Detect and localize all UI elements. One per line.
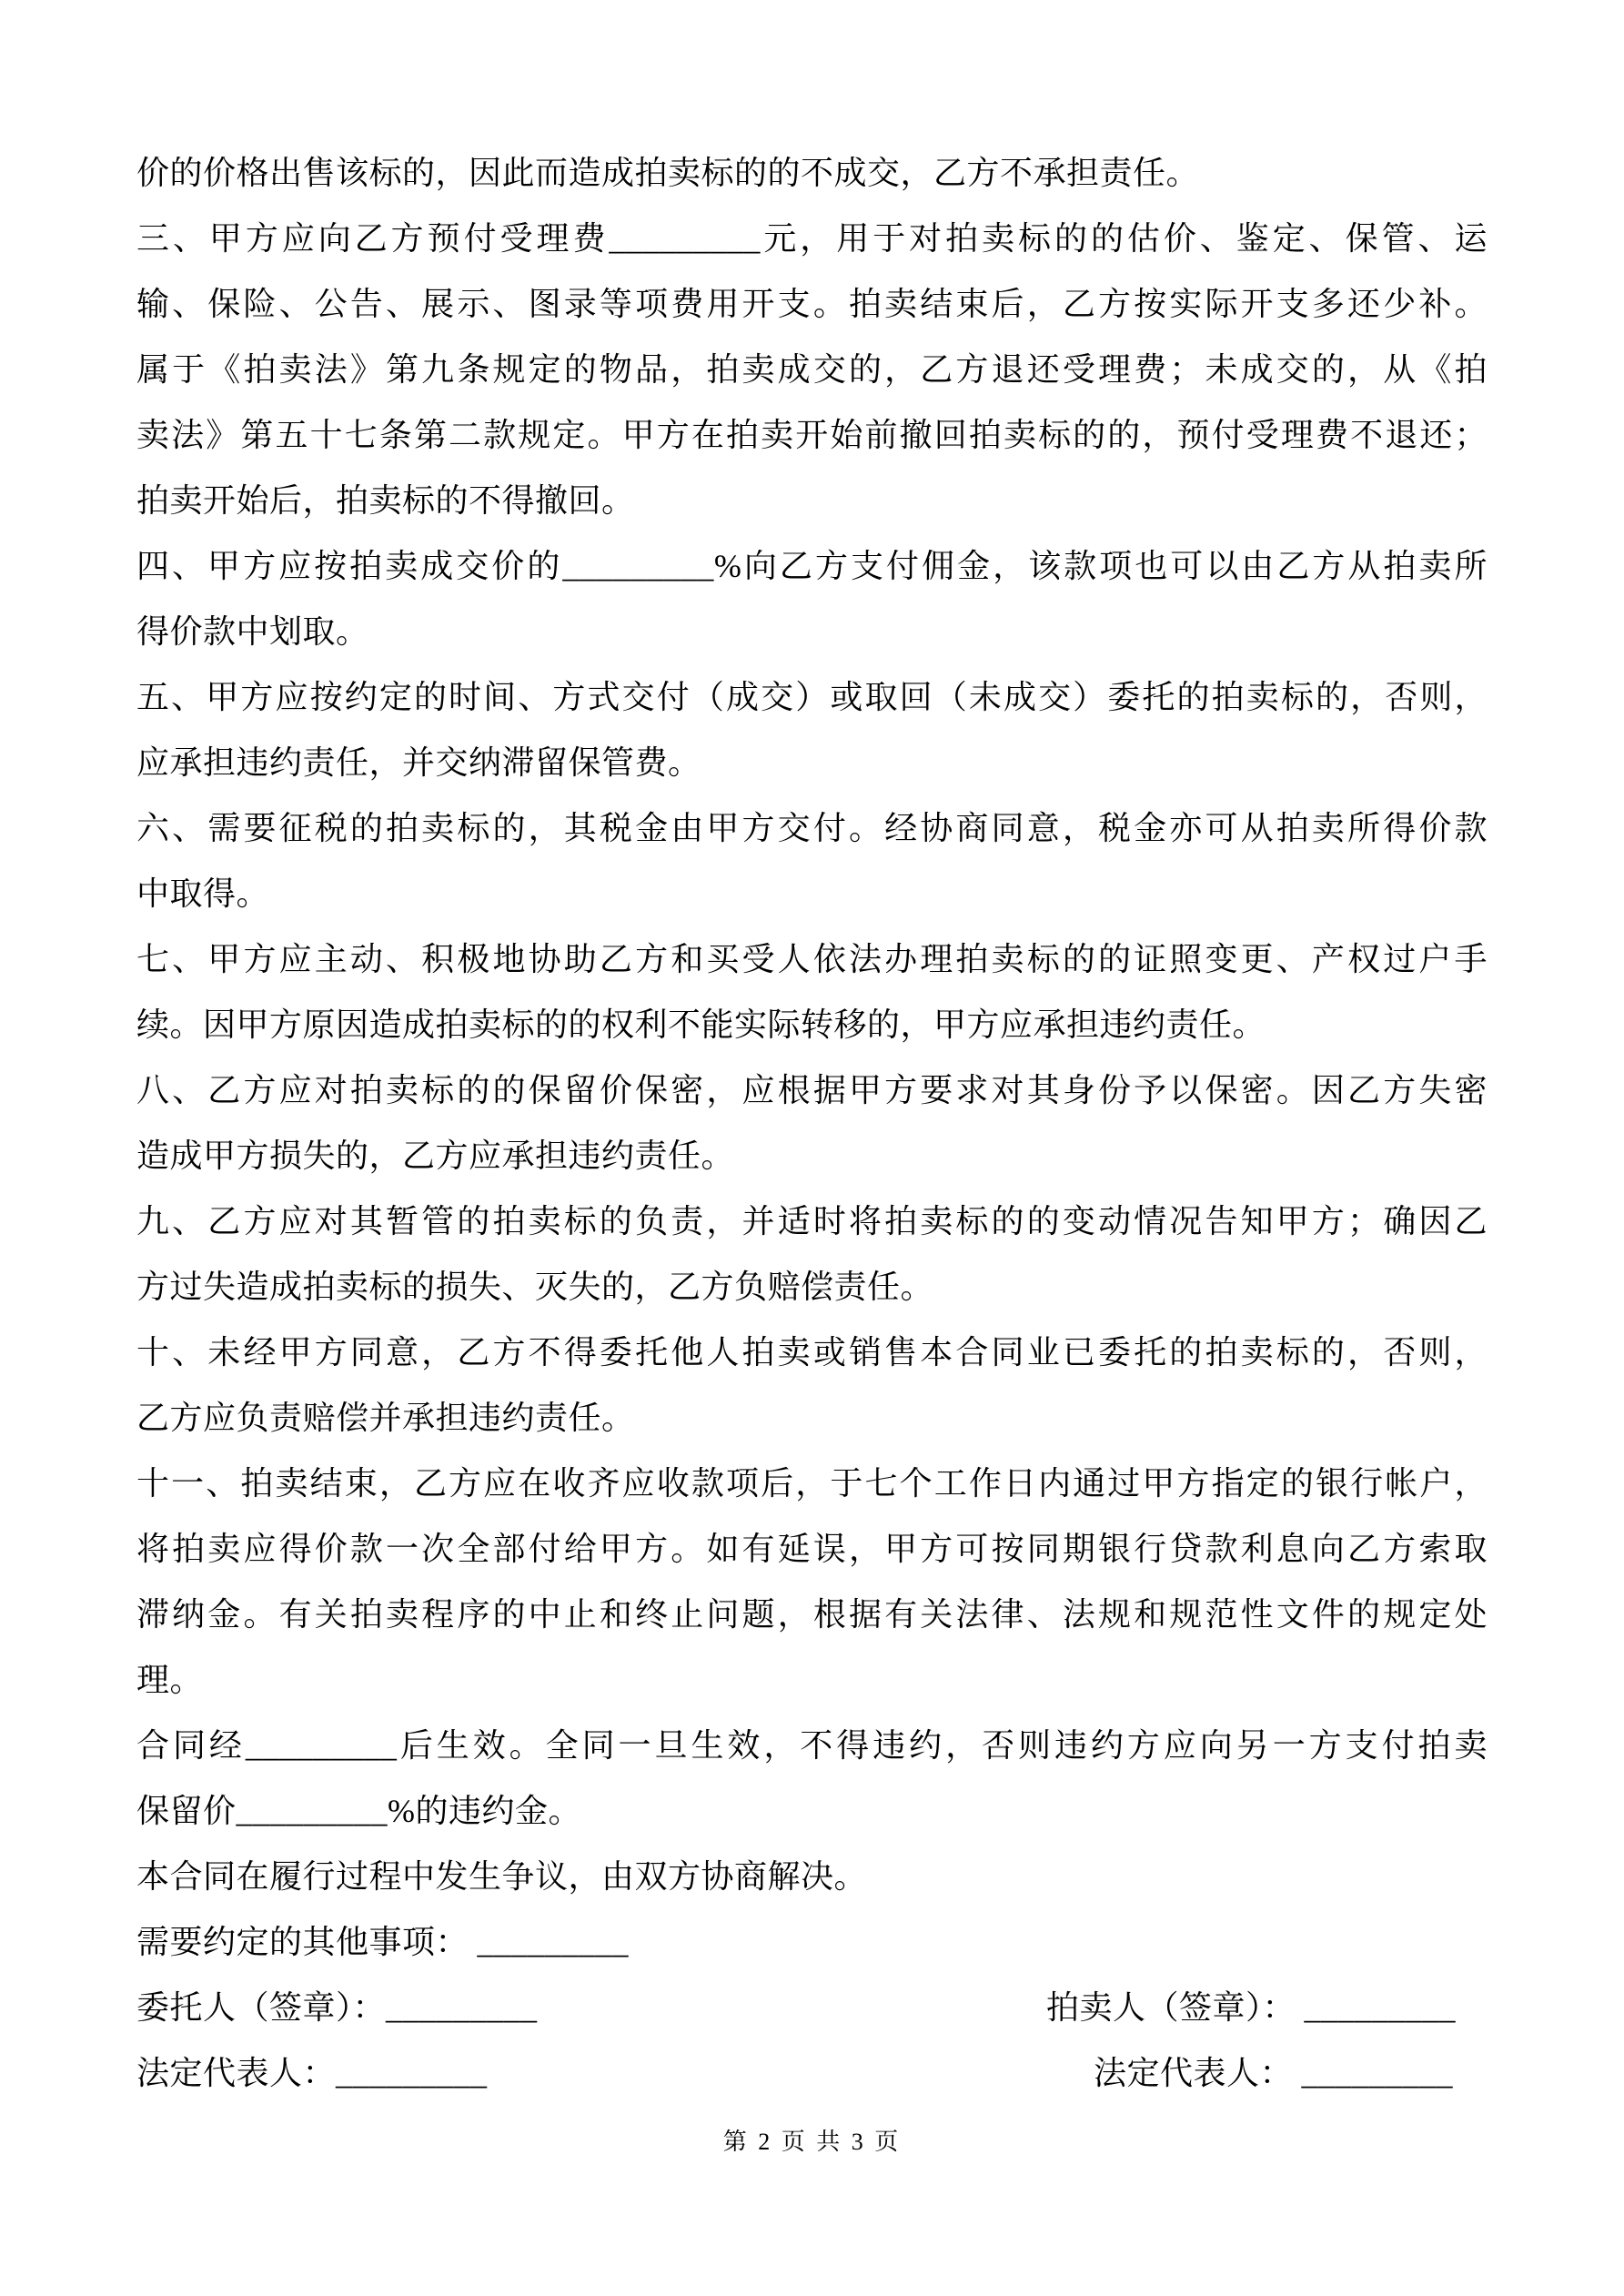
contract-line: 五、甲方应按约定的时间、方式交付（成交）或取回（未成交）委托的拍卖标的，否则， — [136, 664, 1488, 730]
contract-line: 八、乙方应对拍卖标的的保留价保密，应根据甲方要求对其身份予以保密。因乙方失密 — [136, 1057, 1488, 1123]
contract-line: 十、未经甲方同意，乙方不得委托他人拍卖或销售本合同业已委托的拍卖标的，否则， — [136, 1320, 1488, 1385]
signature-row: 委托人（签章）：_________ 拍卖人（签章）： _________ — [136, 1975, 1488, 2040]
contract-line: 本合同在履行过程中发生争议，由双方协商解决。 — [136, 1844, 1488, 1909]
contract-line: 卖法》第五十七条第二款规定。甲方在拍卖开始前撤回拍卖标的的，预付受理费不退还； — [136, 402, 1488, 468]
contract-line: 理。 — [136, 1647, 1488, 1713]
contract-line: 三、甲方应向乙方预付受理费_________元，用于对拍卖标的的估价、鉴定、保管… — [136, 206, 1488, 271]
contract-line: 中取得。 — [136, 861, 1488, 926]
contract-line: 属于《拍卖法》第九条规定的物品，拍卖成交的，乙方退还受理费；未成交的，从《拍 — [136, 337, 1488, 402]
contract-line: 合同经_________后生效。全同一旦生效，不得违约，否则违约方应向另一方支付… — [136, 1713, 1488, 1778]
contract-line: 续。因甲方原因造成拍卖标的的权利不能实际转移的，甲方应承担违约责任。 — [136, 992, 1488, 1057]
contract-line: 六、需要征税的拍卖标的，其税金由甲方交付。经协商同意，税金亦可从拍卖所得价款 — [136, 795, 1488, 861]
legal-representative-left-label: 法定代表人：_________ — [136, 2055, 488, 2091]
legal-representative-row: 法定代表人：_________ 法定代表人： _________ — [136, 2040, 1488, 2106]
contract-line: 拍卖开始后，拍卖标的不得撤回。 — [136, 468, 1488, 533]
contract-line: 得价款中划取。 — [136, 599, 1488, 664]
contract-line: 将拍卖应得价款一次全部付给甲方。如有延误，甲方可按同期银行贷款利息向乙方索取 — [136, 1516, 1488, 1582]
contract-line: 保留价_________%的违约金。 — [136, 1778, 1488, 1844]
contract-line: 价的价格出售该标的，因此而造成拍卖标的的不成交，乙方不承担责任。 — [136, 140, 1488, 206]
contract-line: 应承担违约责任，并交纳滞留保管费。 — [136, 730, 1488, 795]
contract-line: 十一、拍卖结束，乙方应在收齐应收款项后，于七个工作日内通过甲方指定的银行帐户， — [136, 1451, 1488, 1516]
other-terms-line: 需要约定的其他事项： _________ — [136, 1909, 1488, 1975]
contract-body: 价的价格出售该标的，因此而造成拍卖标的的不成交，乙方不承担责任。 三、甲方应向乙… — [136, 140, 1488, 2170]
auctioneer-signature-label: 拍卖人（签章）： _________ — [1046, 1975, 1456, 2040]
contract-line: 九、乙方应对其暂管的拍卖标的负责，并适时将拍卖标的的变动情况告知甲方；确因乙 — [136, 1188, 1488, 1254]
consignor-signature-label: 委托人（签章）：_________ — [136, 1989, 538, 2026]
page-number-footer: 第 2 页 共 3 页 — [136, 2115, 1488, 2170]
contract-page: 价的价格出售该标的，因此而造成拍卖标的的不成交，乙方不承担责任。 三、甲方应向乙… — [0, 0, 1624, 2296]
contract-line: 滞纳金。有关拍卖程序的中止和终止问题，根据有关法律、法规和规范性文件的规定处 — [136, 1582, 1488, 1647]
legal-representative-right-label: 法定代表人： _________ — [1094, 2040, 1453, 2106]
contract-line: 四、甲方应按拍卖成交价的_________%向乙方支付佣金，该款项也可以由乙方从… — [136, 533, 1488, 599]
contract-line: 乙方应负责赔偿并承担违约责任。 — [136, 1385, 1488, 1451]
contract-line: 七、甲方应主动、积极地协助乙方和买受人依法办理拍卖标的的证照变更、产权过户手 — [136, 926, 1488, 992]
contract-line: 输、保险、公告、展示、图录等项费用开支。拍卖结束后，乙方按实际开支多还少补。 — [136, 271, 1488, 337]
contract-line: 方过失造成拍卖标的损失、灭失的，乙方负赔偿责任。 — [136, 1254, 1488, 1320]
contract-line: 造成甲方损失的，乙方应承担违约责任。 — [136, 1123, 1488, 1188]
